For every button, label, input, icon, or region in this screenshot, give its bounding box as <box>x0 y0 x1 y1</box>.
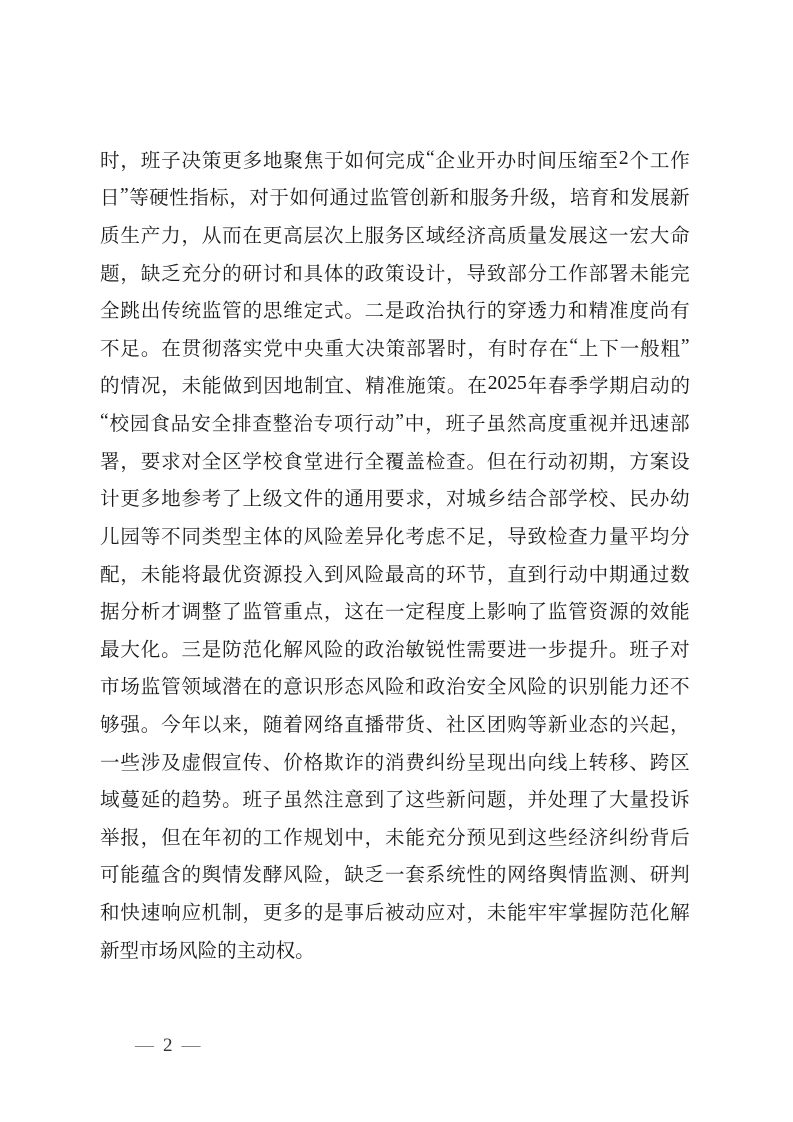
page-number: 2 <box>163 1035 173 1057</box>
body-text-line: 新型市场风险的主动权。 <box>100 930 690 968</box>
body-text-line: 不足。在贯彻落实党中央重大决策部署时，有时存在“上下一般粗” <box>100 328 690 366</box>
body-text-line: 署，要求对全区学校食堂进行全覆盖检查。但在行动初期，方案设 <box>100 441 690 479</box>
body-text-line: 计更多地参考了上级文件的通用要求，对城乡结合部学校、民办幼 <box>100 478 690 516</box>
body-text-line: “校园食品安全排查整治专项行动”中，班子虽然高度重视并迅速部 <box>100 403 690 441</box>
body-text-line: 日”等硬性指标，对于如何通过监管创新和服务升级，培育和发展新 <box>100 178 690 216</box>
body-text-line: 域蔓延的趋势。班子虽然注意到了这些新问题，并处理了大量投诉 <box>100 779 690 817</box>
body-text-line: 全跳出传统监管的思维定式。二是政治执行的穿透力和精准度尚有 <box>100 290 690 328</box>
body-text-line: 据分析才调整了监管重点，这在一定程度上影响了监管资源的效能 <box>100 591 690 629</box>
body-text-line: 质生产力，从而在更高层次上服务区域经济高质量发展这一宏大命 <box>100 215 690 253</box>
body-text-line: 配，未能将最优资源投入到风险最高的环节，直到行动中期通过数 <box>100 554 690 592</box>
body-text-line: 时，班子决策更多地聚焦于如何完成“企业开办时间压缩至2个工作 <box>100 140 690 178</box>
body-text-line: 的情况，未能做到因地制宜、精准施策。在2025年春季学期启动的 <box>100 366 690 404</box>
body-text-line: 可能蕴含的舆情发酵风险，缺乏一套系统性的网络舆情监测、研判 <box>100 855 690 893</box>
body-text: 时，班子决策更多地聚焦于如何完成“企业开办时间压缩至2个工作日”等硬性指标，对于… <box>100 140 690 967</box>
body-text-line: 一些涉及虚假宣传、价格欺诈的消费纠纷呈现出向线上转移、跨区 <box>100 742 690 780</box>
footer-dash-left: — <box>135 1035 154 1057</box>
body-text-line: 最大化。三是防范化解风险的政治敏锐性需要进一步提升。班子对 <box>100 629 690 667</box>
body-text-line: 举报，但在年初的工作规划中，未能充分预见到这些经济纠纷背后 <box>100 817 690 855</box>
document-page: 时，班子决策更多地聚焦于如何完成“企业开办时间压缩至2个工作日”等硬性指标，对于… <box>0 0 793 1122</box>
body-text-line: 市场监管领域潜在的意识形态风险和政治安全风险的识别能力还不 <box>100 667 690 705</box>
page-footer: — 2 — <box>135 1034 201 1058</box>
footer-dash-right: — <box>182 1035 201 1057</box>
body-text-line: 够强。今年以来，随着网络直播带货、社区团购等新业态的兴起， <box>100 704 690 742</box>
body-text-line: 和快速响应机制，更多的是事后被动应对，未能牢牢掌握防范化解 <box>100 892 690 930</box>
body-text-line: 题，缺乏充分的研讨和具体的政策设计，导致部分工作部署未能完 <box>100 253 690 291</box>
body-text-line: 儿园等不同类型主体的风险差异化考虑不足，导致检查力量平均分 <box>100 516 690 554</box>
